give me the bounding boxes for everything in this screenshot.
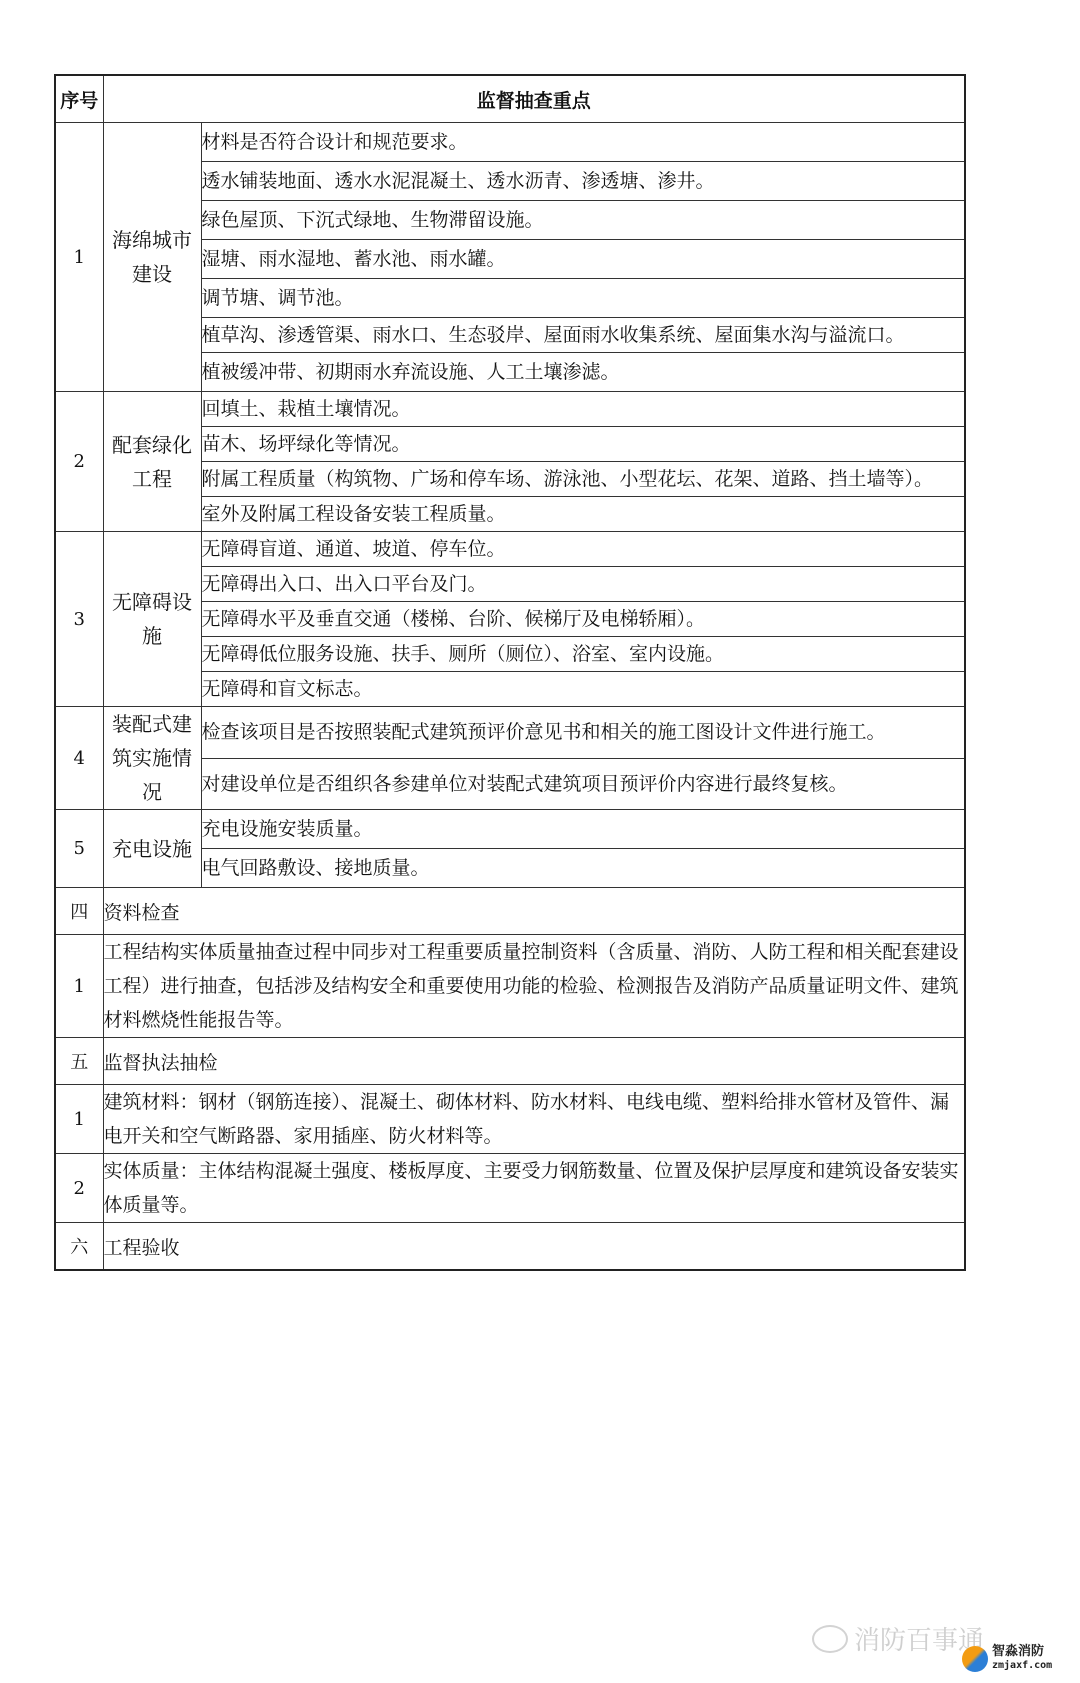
- group-category: 海绵城市建设: [103, 123, 201, 392]
- group-item: 电气回路敷设、接地质量。: [201, 849, 965, 888]
- site-logo: 智淼消防 zmjaxf.com: [962, 1645, 1052, 1673]
- group-item: 附属工程质量（构筑物、广场和停车场、游泳池、小型花坛、花架、道路、挡土墙等）。: [201, 462, 965, 497]
- group-item: 绿色屋顶、下沉式绿地、生物滞留设施。: [201, 201, 965, 240]
- row-no: 1: [55, 935, 103, 1038]
- section-no: 六: [55, 1223, 103, 1271]
- logo-name: 智淼消防: [992, 1645, 1052, 1659]
- wechat-watermark: 消防百事通: [812, 1620, 984, 1657]
- group-item: 苗木、场坪绿化等情况。: [201, 427, 965, 462]
- group-item: 材料是否符合设计和规范要求。: [201, 123, 965, 162]
- table-row: 2 配套绿化工程 回填土、栽植土壤情况。: [55, 392, 965, 427]
- group-item: 回填土、栽植土壤情况。: [201, 392, 965, 427]
- row-no: 2: [55, 1154, 103, 1223]
- group-item: 室外及附属工程设备安装工程质量。: [201, 497, 965, 532]
- group-no: 1: [55, 123, 103, 392]
- group-no: 4: [55, 707, 103, 810]
- section-row: 五 监督执法抽检: [55, 1038, 965, 1085]
- group-item: 植草沟、渗透管渠、雨水口、生态驳岸、屋面雨水收集系统、屋面集水沟与溢流口。: [201, 318, 965, 353]
- section-title: 资料检查: [103, 888, 965, 935]
- group-item: 无障碍和盲文标志。: [201, 672, 965, 707]
- group-no: 3: [55, 532, 103, 707]
- table-row: 1 建筑材料：钢材（钢筋连接）、混凝土、砌体材料、防水材料、电线电缆、塑料给排水…: [55, 1085, 965, 1154]
- group-category: 配套绿化工程: [103, 392, 201, 532]
- group-item: 对建设单位是否组织各参建单位对装配式建筑项目预评价内容进行最终复核。: [201, 758, 965, 810]
- table-header-row: 序号 监督抽查重点: [55, 75, 965, 123]
- group-category: 装配式建筑实施情况: [103, 707, 201, 810]
- section-row: 四 资料检查: [55, 888, 965, 935]
- table-row: 5 充电设施 充电设施安装质量。: [55, 810, 965, 849]
- group-no: 2: [55, 392, 103, 532]
- section-title: 监督执法抽检: [103, 1038, 965, 1085]
- table-row: 3 无障碍设施 无障碍盲道、通道、坡道、停车位。: [55, 532, 965, 567]
- row-text: 建筑材料：钢材（钢筋连接）、混凝土、砌体材料、防水材料、电线电缆、塑料给排水管材…: [103, 1085, 965, 1154]
- header-no: 序号: [55, 75, 103, 123]
- group-item: 湿塘、雨水湿地、蓄水池、雨水罐。: [201, 240, 965, 279]
- group-item: 植被缓冲带、初期雨水弃流设施、人工土壤渗滤。: [201, 353, 965, 392]
- group-item: 无障碍盲道、通道、坡道、停车位。: [201, 532, 965, 567]
- inspection-table: 序号 监督抽查重点 1 海绵城市建设 材料是否符合设计和规范要求。 透水铺装地面…: [54, 74, 966, 1271]
- row-no: 1: [55, 1085, 103, 1154]
- group-item: 无障碍出入口、出入口平台及门。: [201, 567, 965, 602]
- group-item: 透水铺装地面、透水水泥混凝土、透水沥青、渗透塘、渗井。: [201, 162, 965, 201]
- group-category: 无障碍设施: [103, 532, 201, 707]
- wechat-icon: [812, 1625, 848, 1653]
- group-item: 检查该项目是否按照装配式建筑预评价意见书和相关的施工图设计文件进行施工。: [201, 707, 965, 759]
- logo-url: zmjaxf.com: [992, 1659, 1052, 1673]
- table-row: 1 海绵城市建设 材料是否符合设计和规范要求。: [55, 123, 965, 162]
- zm-logo-icon: [962, 1646, 988, 1672]
- group-item: 无障碍水平及垂直交通（楼梯、台阶、候梯厅及电梯轿厢）。: [201, 602, 965, 637]
- table-row: 4 装配式建筑实施情况 检查该项目是否按照装配式建筑预评价意见书和相关的施工图设…: [55, 707, 965, 759]
- table-row: 2 实体质量：主体结构混凝土强度、楼板厚度、主要受力钢筋数量、位置及保护层厚度和…: [55, 1154, 965, 1223]
- group-no: 5: [55, 810, 103, 888]
- section-no: 五: [55, 1038, 103, 1085]
- section-title: 工程验收: [103, 1223, 965, 1271]
- group-item: 调节塘、调节池。: [201, 279, 965, 318]
- header-focus: 监督抽查重点: [103, 75, 965, 123]
- row-text: 实体质量：主体结构混凝土强度、楼板厚度、主要受力钢筋数量、位置及保护层厚度和建筑…: [103, 1154, 965, 1223]
- group-category: 充电设施: [103, 810, 201, 888]
- row-text: 工程结构实体质量抽查过程中同步对工程重要质量控制资料（含质量、消防、人防工程和相…: [103, 935, 965, 1038]
- group-item: 充电设施安装质量。: [201, 810, 965, 849]
- table-row: 1 工程结构实体质量抽查过程中同步对工程重要质量控制资料（含质量、消防、人防工程…: [55, 935, 965, 1038]
- group-item: 无障碍低位服务设施、扶手、厕所（厕位）、浴室、室内设施。: [201, 637, 965, 672]
- section-no: 四: [55, 888, 103, 935]
- section-row: 六 工程验收: [55, 1223, 965, 1271]
